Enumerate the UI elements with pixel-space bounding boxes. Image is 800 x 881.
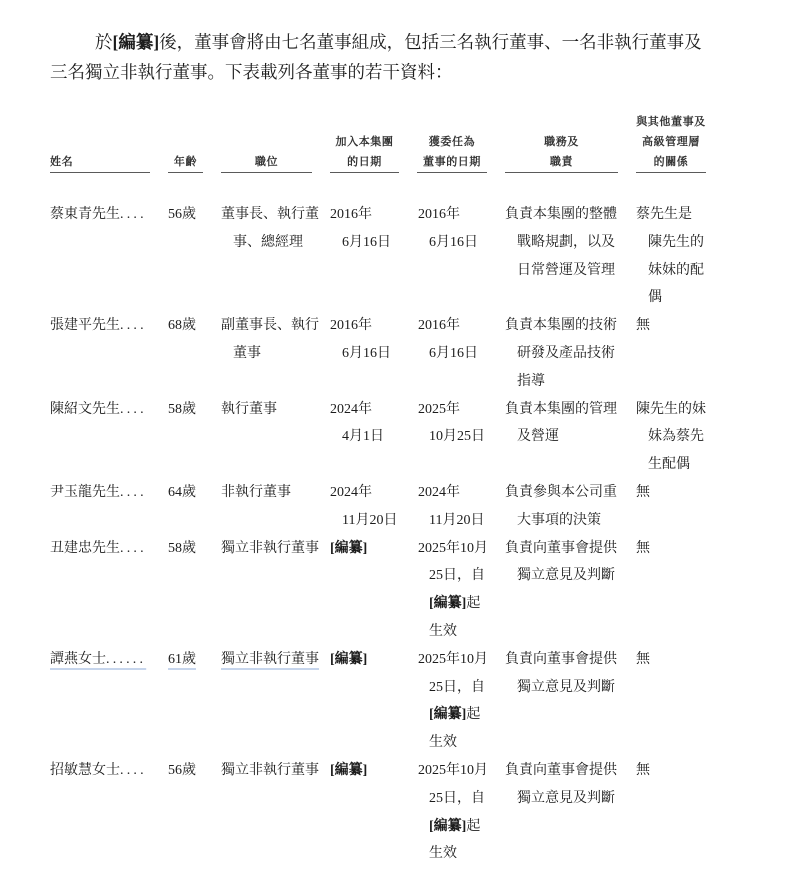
cell-line: 獨立意見及判斷 bbox=[505, 562, 636, 590]
dot-leader: .... bbox=[120, 207, 147, 222]
director-name: 尹玉龍先生 bbox=[50, 485, 120, 500]
cell-line: 2016年 bbox=[330, 312, 417, 340]
cell-joined: 2024年4月1日 bbox=[330, 396, 417, 452]
cell-name: 丑建忠先生.... bbox=[50, 535, 168, 563]
director-age: 56歲 bbox=[168, 763, 196, 778]
cell-line: 4月1日 bbox=[330, 423, 417, 451]
cell-line: 負責向董事會提供 bbox=[505, 646, 636, 674]
header-cell-appointed: 獲委任為董事的日期 bbox=[417, 132, 505, 173]
cell-line: 生效 bbox=[417, 729, 505, 757]
cell-line: 6月16日 bbox=[417, 340, 505, 368]
redacted-mark: [編纂] bbox=[330, 535, 417, 563]
cell-line: 無 bbox=[636, 312, 736, 340]
header-label: 職責 bbox=[505, 152, 618, 172]
cell-relationship: 無 bbox=[636, 312, 736, 340]
cell-line: 及營運 bbox=[505, 423, 636, 451]
cell-line: 獨立意見及判斷 bbox=[505, 785, 636, 813]
header-appointed: 獲委任為董事的日期 bbox=[417, 132, 487, 173]
director-name: 招敏慧女士 bbox=[50, 763, 120, 778]
cell-line: 生效 bbox=[417, 618, 505, 646]
cell-age: 64歲 bbox=[168, 479, 221, 507]
cell-appointed: 2024年11月20日 bbox=[417, 479, 505, 535]
cell-joined: [編纂] bbox=[330, 646, 417, 674]
directors-table-header: 姓名 年齡 職位 加入本集團的日期 獲委任為董事的日期 職務及職責 與其他董事及… bbox=[50, 100, 736, 173]
header-duties: 職務及職責 bbox=[505, 132, 618, 173]
cell-line: 大事項的決策 bbox=[505, 507, 636, 535]
cell-line: 25日，自 bbox=[417, 785, 505, 813]
cell-relationship: 無 bbox=[636, 757, 736, 785]
cell-line: 執行董事 bbox=[221, 396, 330, 424]
cell-line: 2024年 bbox=[330, 479, 417, 507]
cell-line: 10月25日 bbox=[417, 423, 505, 451]
director-name[interactable]: 譚燕女士 bbox=[50, 652, 106, 667]
header-label: 年齡 bbox=[168, 152, 203, 172]
cell-name: 譚燕女士...... bbox=[50, 646, 168, 674]
header-cell-joined: 加入本集團的日期 bbox=[330, 132, 417, 173]
cell-line: 無 bbox=[636, 535, 736, 563]
cell-line: 2025年10月 bbox=[417, 757, 505, 785]
cell-line: 負責本集團的整體 bbox=[505, 201, 636, 229]
cell-relationship: 無 bbox=[636, 646, 736, 674]
cell-joined: [編纂] bbox=[330, 535, 417, 563]
intro-line-1: 於[編纂]後，董事會將由七名董事組成，包括三名執行董事、一名非執行董事及 bbox=[50, 27, 702, 57]
director-name: 陳紹文先生 bbox=[50, 402, 120, 417]
cell-text: 起 bbox=[466, 707, 480, 722]
cell-line: 11月20日 bbox=[417, 507, 505, 535]
director-name-link[interactable]: 譚燕女士...... bbox=[50, 652, 146, 667]
cell-line: 生配偶 bbox=[636, 451, 736, 479]
redacted-mark: [編纂] bbox=[429, 819, 466, 834]
cell-line: 2025年10月 bbox=[417, 535, 505, 563]
cell-age: 56歲 bbox=[168, 757, 221, 785]
cell-age: 61歲 bbox=[168, 646, 221, 674]
cell-line: 戰略規劃，以及 bbox=[505, 229, 636, 257]
cell-line: 獨立意見及判斷 bbox=[505, 674, 636, 702]
header-name: 姓名 bbox=[50, 152, 150, 173]
redacted-mark: [編纂] bbox=[429, 707, 466, 722]
intro-line-2: 三名獨立非執行董事。下表載列各董事的若干資料： bbox=[50, 57, 702, 87]
cell-age: 56歲 bbox=[168, 201, 221, 229]
cell-line: 事、總經理 bbox=[221, 229, 330, 257]
cell-joined: [編纂] bbox=[330, 757, 417, 785]
cell-appointed: 2025年10月25日，自[編纂]起生效 bbox=[417, 757, 505, 868]
cell-position: 執行董事 bbox=[221, 396, 330, 424]
cell-line: 董事 bbox=[221, 340, 330, 368]
cell-age: 58歲 bbox=[168, 535, 221, 563]
cell-line: 陳先生的妹 bbox=[636, 396, 736, 424]
director-age: 58歲 bbox=[168, 402, 196, 417]
cell-duties: 負責向董事會提供獨立意見及判斷 bbox=[505, 757, 636, 813]
redacted-mark: [編纂] bbox=[330, 757, 417, 785]
cell-age: 68歲 bbox=[168, 312, 221, 340]
intro-text: 於 bbox=[95, 32, 113, 52]
dot-leader[interactable]: ...... bbox=[106, 652, 146, 667]
cell-line: 2016年 bbox=[417, 312, 505, 340]
cell-line: 6月16日 bbox=[330, 340, 417, 368]
cell-line: [編纂]起 bbox=[417, 590, 505, 618]
cell-line: 妹妹的配 bbox=[636, 257, 736, 285]
cell-position: 獨立非執行董事 bbox=[221, 535, 330, 563]
director-age-link[interactable]: 61歲 bbox=[168, 652, 196, 667]
cell-relationship: 無 bbox=[636, 479, 736, 507]
cell-line: 負責向董事會提供 bbox=[505, 535, 636, 563]
cell-name: 陳紹文先生.... bbox=[50, 396, 168, 424]
cell-appointed: 2016年6月16日 bbox=[417, 312, 505, 368]
cell-line: 負責向董事會提供 bbox=[505, 757, 636, 785]
intro-paragraph: 於[編纂]後，董事會將由七名董事組成，包括三名執行董事、一名非執行董事及 三名獨… bbox=[50, 27, 702, 87]
cell-line: 2025年10月 bbox=[417, 646, 505, 674]
position-link[interactable]: 獨立非執行董事 bbox=[221, 652, 319, 667]
director-name: 張建平先生 bbox=[50, 318, 120, 333]
cell-line: 11月20日 bbox=[330, 507, 417, 535]
cell-line: [編纂]起 bbox=[417, 701, 505, 729]
header-label: 的關係 bbox=[636, 152, 706, 172]
cell-position: 獨立非執行董事 bbox=[221, 757, 330, 785]
cell-position: 非執行董事 bbox=[221, 479, 330, 507]
cell-line: 25日，自 bbox=[417, 674, 505, 702]
header-cell-age: 年齡 bbox=[168, 152, 221, 173]
header-joined: 加入本集團的日期 bbox=[330, 132, 399, 173]
cell-line: 25日，自 bbox=[417, 562, 505, 590]
dot-leader: .... bbox=[120, 485, 147, 500]
cell-joined: 2024年11月20日 bbox=[330, 479, 417, 535]
cell-line: 研發及產品技術 bbox=[505, 340, 636, 368]
cell-name: 尹玉龍先生.... bbox=[50, 479, 168, 507]
cell-line: 6月16日 bbox=[417, 229, 505, 257]
dot-leader: .... bbox=[120, 402, 147, 417]
cell-duties: 負責本集團的技術研發及產品技術指導 bbox=[505, 312, 636, 395]
director-age: 68歲 bbox=[168, 318, 196, 333]
cell-relationship: 無 bbox=[636, 535, 736, 563]
cell-line: 蔡先生是 bbox=[636, 201, 736, 229]
header-label: 與其他董事及 bbox=[636, 112, 706, 132]
cell-position: 副董事長、執行董事 bbox=[221, 312, 330, 368]
cell-line: 妹為蔡先 bbox=[636, 423, 736, 451]
director-age: 58歲 bbox=[168, 541, 196, 556]
cell-name: 張建平先生.... bbox=[50, 312, 168, 340]
header-cell-position: 職位 bbox=[221, 152, 330, 173]
cell-line: 無 bbox=[636, 757, 736, 785]
intro-text: 後，董事會將由七名董事組成，包括三名執行董事、一名非執行董事及 bbox=[159, 32, 702, 52]
cell-line: 負責本集團的技術 bbox=[505, 312, 636, 340]
cell-joined: 2016年6月16日 bbox=[330, 201, 417, 257]
header-label: 高級管理層 bbox=[636, 132, 706, 152]
cell-line: 2016年 bbox=[417, 201, 505, 229]
redacted-mark: [編纂] bbox=[429, 596, 466, 611]
header-label: 職位 bbox=[221, 152, 312, 172]
cell-appointed: 2025年10月25日，自[編纂]起生效 bbox=[417, 535, 505, 646]
cell-line: [編纂]起 bbox=[417, 813, 505, 841]
header-relationship: 與其他董事及高級管理層的關係 bbox=[636, 112, 706, 173]
cell-position: 董事長、執行董事、總經理 bbox=[221, 201, 330, 257]
dot-leader: .... bbox=[120, 541, 147, 556]
cell-line: 無 bbox=[636, 646, 736, 674]
cell-line: 2016年 bbox=[330, 201, 417, 229]
cell-appointed: 2025年10月25日，自[編纂]起生效 bbox=[417, 646, 505, 757]
cell-line: 2024年 bbox=[417, 479, 505, 507]
cell-line: 負責參與本公司重 bbox=[505, 479, 636, 507]
cell-line: 獨立非執行董事 bbox=[221, 646, 330, 674]
cell-joined: 2016年6月16日 bbox=[330, 312, 417, 368]
cell-age: 58歲 bbox=[168, 396, 221, 424]
director-name: 丑建忠先生 bbox=[50, 541, 120, 556]
header-label: 獲委任為 bbox=[417, 132, 487, 152]
dot-leader: .... bbox=[120, 763, 147, 778]
cell-duties: 負責本集團的管理及營運 bbox=[505, 396, 636, 452]
header-label: 加入本集團 bbox=[330, 132, 399, 152]
header-label: 的日期 bbox=[330, 152, 399, 172]
cell-line: 日常營運及管理 bbox=[505, 257, 636, 285]
cell-line: 非執行董事 bbox=[221, 479, 330, 507]
director-age: 56歲 bbox=[168, 207, 196, 222]
cell-duties: 負責向董事會提供獨立意見及判斷 bbox=[505, 646, 636, 702]
dot-leader: .... bbox=[120, 318, 147, 333]
header-cell-relationship: 與其他董事及高級管理層的關係 bbox=[636, 112, 736, 173]
header-label: 職務及 bbox=[505, 132, 618, 152]
header-label: 姓名 bbox=[50, 152, 150, 172]
header-position: 職位 bbox=[221, 152, 312, 173]
redacted-mark: [編纂] bbox=[113, 32, 160, 52]
cell-line: 無 bbox=[636, 479, 736, 507]
cell-position: 獨立非執行董事 bbox=[221, 646, 330, 674]
cell-line: 生效 bbox=[417, 840, 505, 868]
cell-line: 董事長、執行董 bbox=[221, 201, 330, 229]
directors-table-body: 蔡東青先生.... 56歲 董事長、執行董事、總經理 2016年6月16日 20… bbox=[50, 201, 736, 868]
header-label: 董事的日期 bbox=[417, 152, 487, 172]
director-name: 蔡東青先生 bbox=[50, 207, 120, 222]
header-age: 年齡 bbox=[168, 152, 203, 173]
redacted-mark: [編纂] bbox=[330, 646, 417, 674]
cell-line: 6月16日 bbox=[330, 229, 417, 257]
cell-appointed: 2016年6月16日 bbox=[417, 201, 505, 257]
cell-duties: 負責向董事會提供獨立意見及判斷 bbox=[505, 535, 636, 591]
cell-line: 偶 bbox=[636, 284, 736, 312]
cell-appointed: 2025年10月25日 bbox=[417, 396, 505, 452]
cell-line: 指導 bbox=[505, 368, 636, 396]
cell-duties: 負責本集團的整體戰略規劃，以及日常營運及管理 bbox=[505, 201, 636, 284]
cell-line: 2025年 bbox=[417, 396, 505, 424]
cell-line: 副董事長、執行 bbox=[221, 312, 330, 340]
cell-line: 獨立非執行董事 bbox=[221, 535, 330, 563]
cell-duties: 負責參與本公司重大事項的決策 bbox=[505, 479, 636, 535]
cell-line: 陳先生的 bbox=[636, 229, 736, 257]
cell-line: 負責本集團的管理 bbox=[505, 396, 636, 424]
director-age: 64歲 bbox=[168, 485, 196, 500]
header-cell-duties: 職務及職責 bbox=[505, 132, 636, 173]
cell-text: 起 bbox=[466, 819, 480, 834]
cell-relationship: 陳先生的妹妹為蔡先生配偶 bbox=[636, 396, 736, 479]
cell-line: 獨立非執行董事 bbox=[221, 757, 330, 785]
cell-name: 蔡東青先生.... bbox=[50, 201, 168, 229]
cell-text: 起 bbox=[466, 596, 480, 611]
cell-name: 招敏慧女士.... bbox=[50, 757, 168, 785]
cell-relationship: 蔡先生是陳先生的妹妹的配偶 bbox=[636, 201, 736, 312]
cell-line: 2024年 bbox=[330, 396, 417, 424]
header-cell-name: 姓名 bbox=[50, 152, 168, 173]
